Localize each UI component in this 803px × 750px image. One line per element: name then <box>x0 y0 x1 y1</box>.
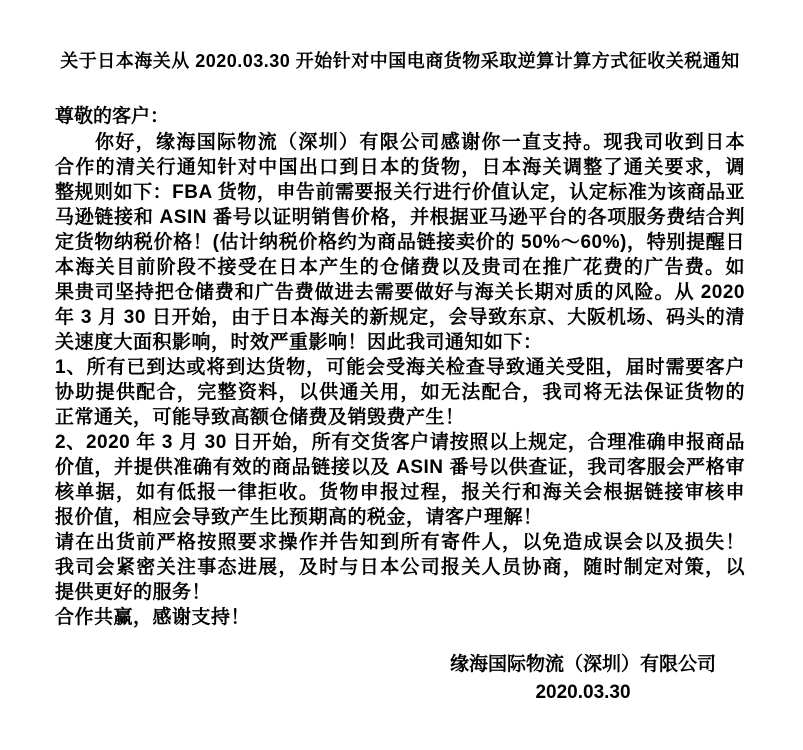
body-line: 核单据，如有低报一律拒收。货物申报过程，报关行和海关会根据链接审核申 <box>55 480 745 505</box>
signature-date: 2020.03.30 <box>433 680 733 705</box>
body-line: 年 3 月 30 日开始，由于日本海关的新规定，会导致东京、大阪机场、码头的清 <box>55 305 745 330</box>
body-line: 正常通关，可能导致高额仓储费及销毁费产生！ <box>55 405 745 430</box>
body-line: 合作的清关行通知针对中国出口到日本的货物，日本海关调整了通关要求，调 <box>55 155 745 180</box>
body-line: 我司会紧密关注事态进展，及时与日本公司报关人员协商，随时制定对策，以 <box>55 555 745 580</box>
notice-body: 你好，缘海国际物流（深圳）有限公司感谢你一直支持。现我司收到日本 合作的清关行通… <box>55 130 745 630</box>
body-line: 报价值，相应会导致产生比预期高的税金，请客户理解！ <box>55 505 745 530</box>
body-line: 价值，并提供准确有效的商品链接以及 ASIN 番号以供查证，我司客服会严格审 <box>55 455 745 480</box>
body-line: 提供更好的服务！ <box>55 580 745 605</box>
body-line: 果贵司坚持把仓储费和广告费做进去需要做好与海关长期对质的风险。从 2020 <box>55 280 745 305</box>
body-line: 你好，缘海国际物流（深圳）有限公司感谢你一直支持。现我司收到日本 <box>55 130 745 155</box>
body-line: 协助提供配合，完整资料，以供通关用，如无法配合，我司将无法保证货物的 <box>55 380 745 405</box>
body-line: 整规则如下：FBA 货物，申告前需要报关行进行价值认定，认定标准为该商品亚 <box>55 180 745 205</box>
body-line: 合作共赢，感谢支持！ <box>55 605 745 630</box>
body-line: 1、所有已到达或将到达货物，可能会受海关检查导致通关受阻，届时需要客户 <box>55 355 745 380</box>
body-line: 请在出货前严格按照要求操作并告知到所有寄件人，以免造成误会以及损失！ <box>55 530 745 555</box>
notice-document: 关于日本海关从 2020.03.30 开始针对中国电商货物采取逆算计算方式征收关… <box>0 0 803 750</box>
body-line: 本海关目前阶段不接受在日本产生的仓储费以及贵司在推广花费的广告费。如 <box>55 255 745 280</box>
body-line: 关速度大面积影响，时效严重影响！因此我司通知如下： <box>55 330 745 355</box>
body-line: 马逊链接和 ASIN 番号以证明销售价格，并根据亚马逊平台的各项服务费结合判 <box>55 205 745 230</box>
body-line: 2、2020 年 3 月 30 日开始，所有交货客户请按照以上规定，合理准确申报… <box>55 430 745 455</box>
body-line: 定货物纳税价格！(估计纳税价格约为商品链接卖价的 50%～60%)，特别提醒日 <box>55 230 745 255</box>
signature-company: 缘海国际物流（深圳）有限公司 <box>433 652 733 677</box>
salutation: 尊敬的客户： <box>55 104 745 130</box>
page-title: 关于日本海关从 2020.03.30 开始针对中国电商货物采取逆算计算方式征收关… <box>55 50 745 72</box>
signature-block: 缘海国际物流（深圳）有限公司 2020.03.30 <box>433 652 733 705</box>
